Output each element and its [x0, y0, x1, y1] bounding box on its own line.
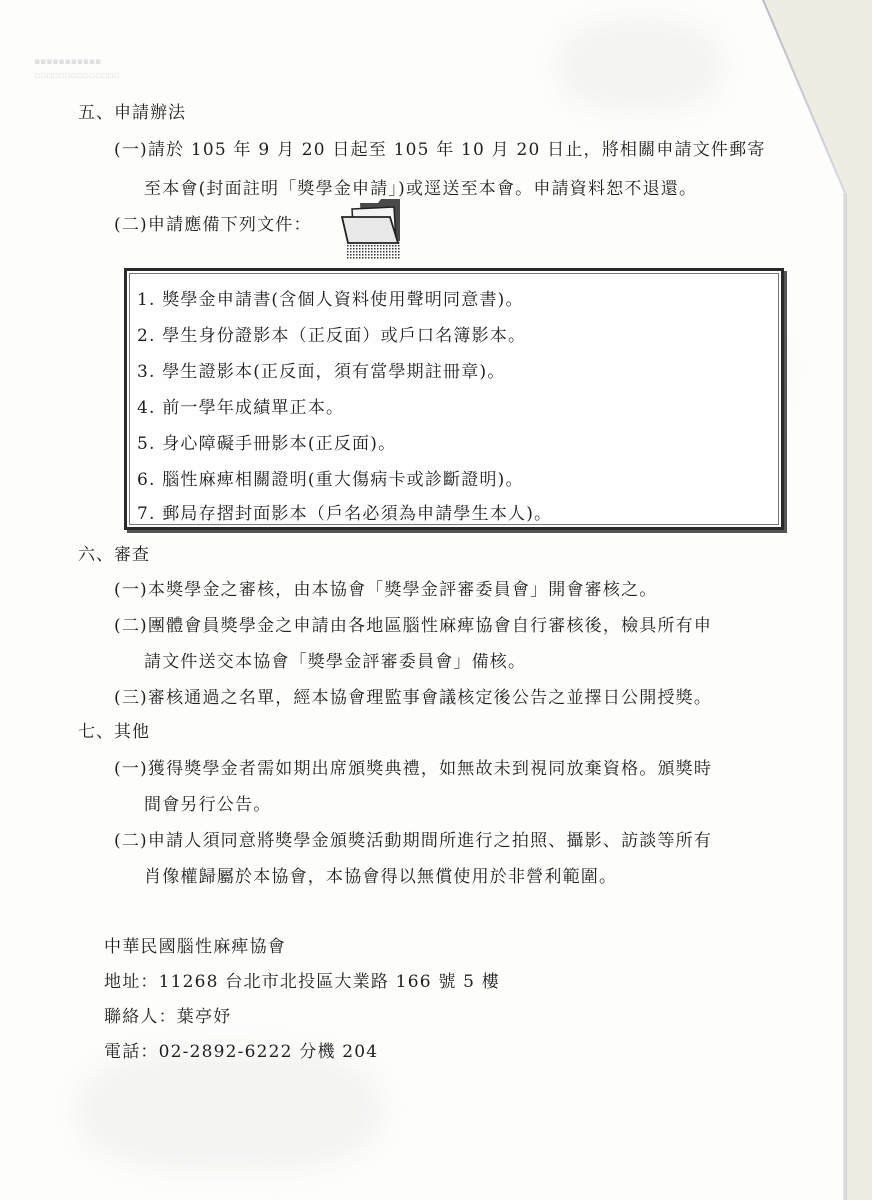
section-title-other: 七、其他 [78, 717, 150, 742]
other-item-1-cont: 間會另行公告。 [144, 790, 271, 815]
section-title-review: 六、審查 [78, 540, 150, 565]
review-item-2-cont: 請文件送交本協會「獎學金評審委員會」備核。 [144, 647, 526, 672]
required-documents-heading: (二)申請應備下列文件： [114, 210, 312, 235]
document-item: 2. 學生身份證影本（正反面）或戶口名簿影本。 [137, 321, 526, 346]
review-item-2: (二)團體會員獎學金之申請由各地區腦性麻痺協會自行審核後，檢具所有申 [114, 611, 712, 636]
document-item: 3. 學生證影本(正反面，須有當學期註冊章)。 [137, 357, 506, 382]
other-item-2-cont: 肖像權歸屬於本協會，本協會得以無償使用於非營利範圍。 [144, 862, 617, 887]
document-item: 4. 前一學年成績單正本。 [137, 393, 344, 418]
review-item-1: (一)本獎學金之審核，由本協會「獎學金評審委員會」開會審核之。 [114, 575, 657, 600]
other-item-2: (二)申請人須同意將獎學金頒獎活動期間所進行之拍照、攝影、訪談等所有 [114, 826, 712, 851]
application-period-text-cont: 至本會(封面註明「獎學金申請」)或逕送至本會。申請資料恕不退還。 [144, 174, 697, 199]
document-item: 5. 身心障礙手冊影本(正反面)。 [137, 429, 396, 454]
application-period-text: (一)請於 105 年 9 月 20 日起至 105 年 10 月 20 日止，… [114, 135, 766, 160]
other-item-1: (一)獲得獎學金者需如期出席頒獎典禮，如無故未到視同放棄資格。頒獎時 [114, 754, 712, 779]
document-item: 1. 獎學金申請書(含個人資料使用聲明同意書)。 [137, 285, 524, 310]
address: 地址：11268 台北市北投區大業路 166 號 5 樓 [104, 967, 500, 992]
review-item-3: (三)審核通過之名單，經本協會理監事會議核定後公告之並擇日公開授獎。 [114, 683, 712, 708]
required-documents-box: 1. 獎學金申請書(含個人資料使用聲明同意書)。 2. 學生身份證影本（正反面）… [124, 268, 784, 530]
document-item: 7. 郵局存摺封面影本（戶名必須為申請學生本人)。 [137, 499, 552, 524]
document-item: 6. 腦性麻痺相關證明(重大傷病卡或診斷證明)。 [137, 465, 524, 490]
phone: 電話：02-2892-6222 分機 204 [104, 1037, 378, 1062]
folder-icon [338, 197, 408, 259]
contact-person: 聯絡人：葉亭妤 [104, 1002, 231, 1027]
organization-name: 中華民國腦性麻痺協會 [104, 932, 286, 957]
document: 五、申請辦法 (一)請於 105 年 9 月 20 日起至 105 年 10 月… [0, 0, 845, 1200]
section-title-application: 五、申請辦法 [78, 98, 186, 123]
